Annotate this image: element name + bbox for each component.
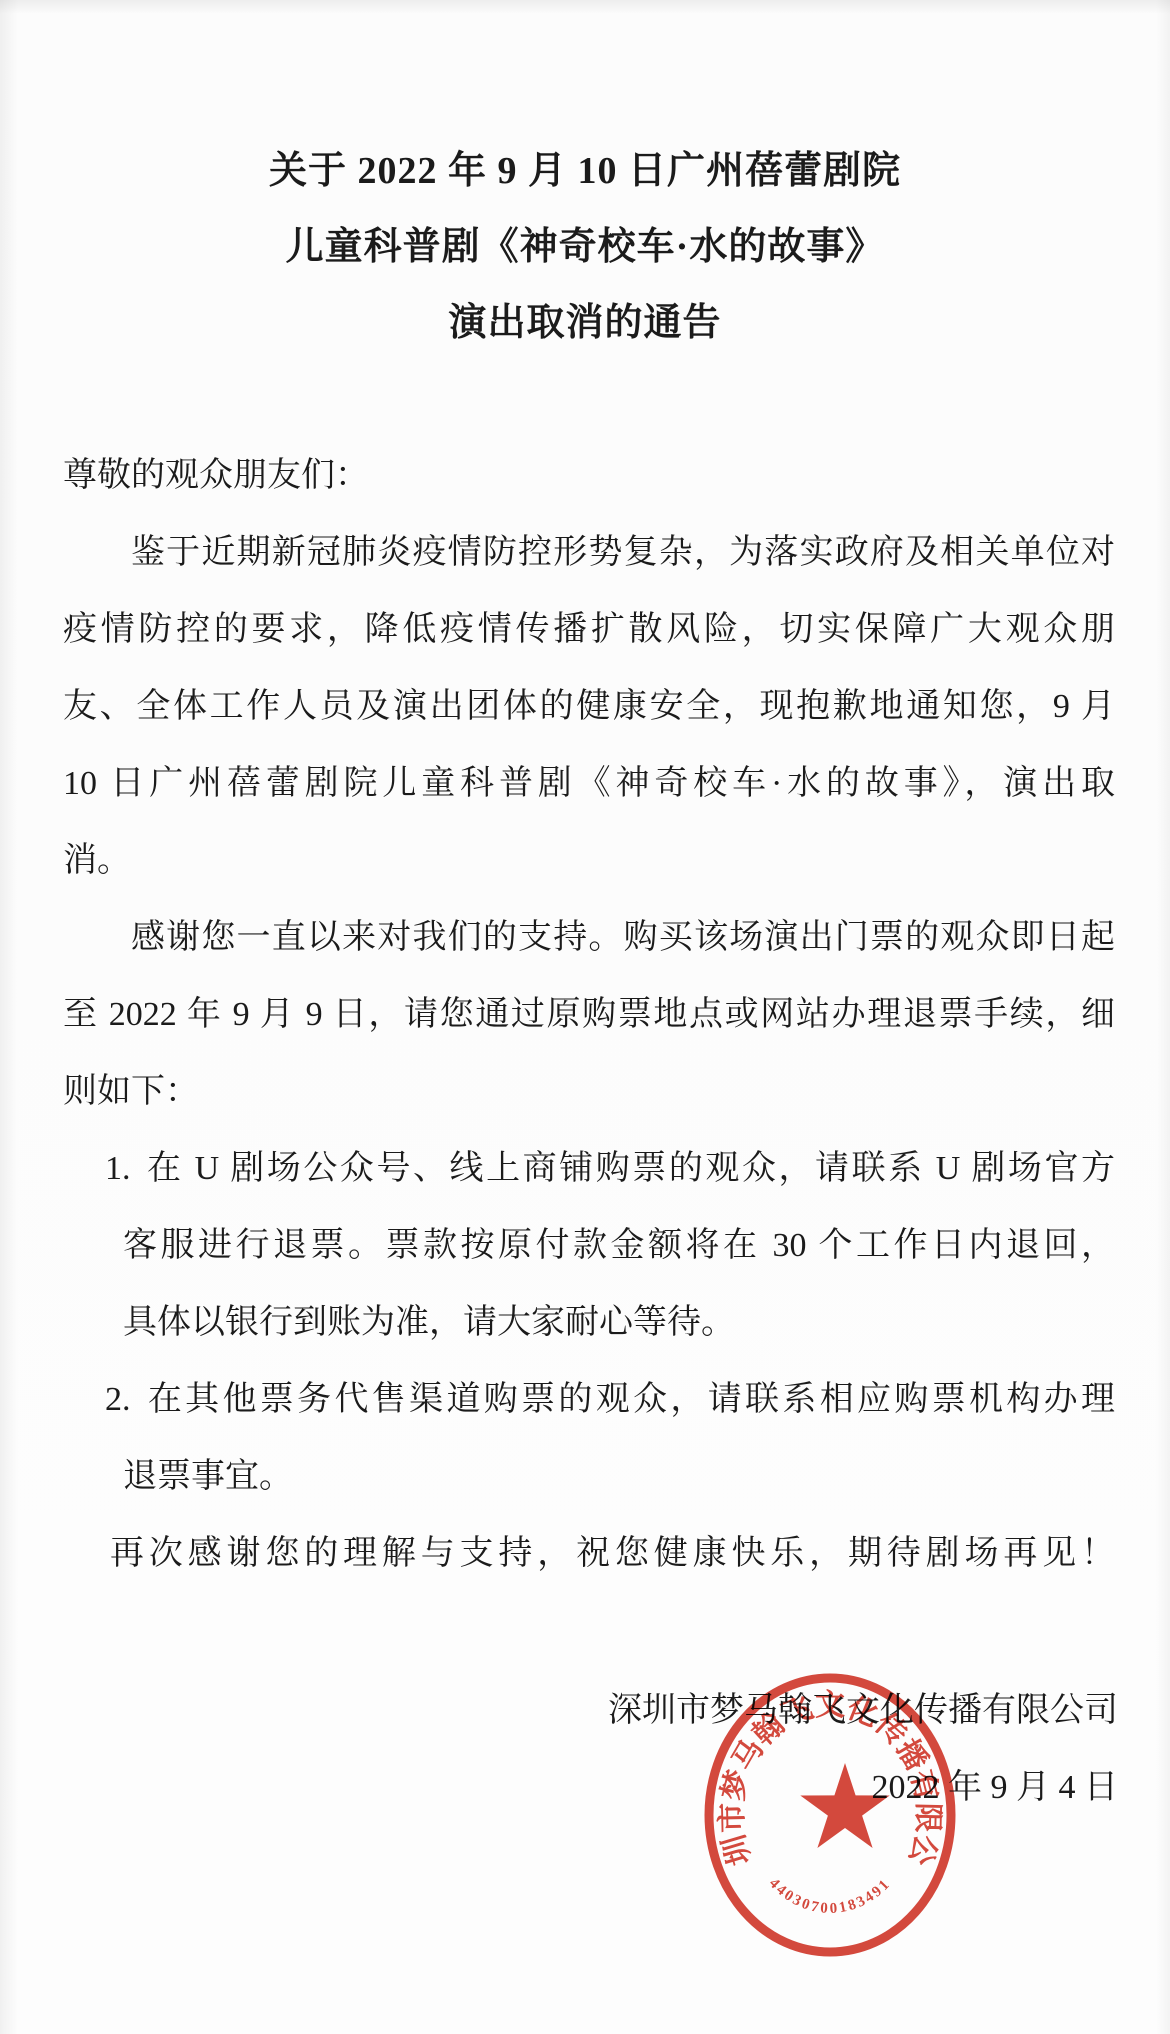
list-item-1-number: 1. (105, 1150, 145, 1187)
list-item-1-line: 1.在 U 剧场公众号、线上商铺购票的观众，请联系 U 剧场官方 (63, 1130, 1115, 1207)
list-item-1-line: 具体以银行到账为准，请大家耐心等待。 (63, 1284, 1115, 1361)
salutation: 尊敬的观众朋友们： (63, 437, 1115, 514)
signature-company: 深圳市梦马翰飞文化传播有限公司 (0, 1672, 1118, 1749)
signature-date: 2022 年 9 月 4 日 (0, 1749, 1118, 1826)
seal-number-arc-text: 44030700183491 (766, 1875, 895, 1917)
paragraph1-line: 疫情防控的要求，降低疫情传播扩散风险，切实保障广大观众朋 (63, 591, 1115, 668)
list-item-1-line: 客服进行退票。票款按原付款金额将在 30 个工作日内退回， (63, 1207, 1115, 1284)
paragraph2-line: 至 2022 年 9 月 9 日，请您通过原购票地点或网站办理退票手续，细 (63, 976, 1115, 1053)
list-item-2-number: 2. (105, 1381, 145, 1418)
title-line-1: 关于 2022 年 9 月 10 日广州蓓蕾剧院 (0, 133, 1170, 209)
list-item-2-line: 2.在其他票务代售渠道购票的观众，请联系相应购票机构办理 (63, 1361, 1115, 1438)
paragraph1-line: 鉴于近期新冠肺炎疫情防控形势复杂，为落实政府及相关单位对 (63, 514, 1115, 591)
list-item-1-text: 在 U 剧场公众号、线上商铺购票的观众，请联系 U 剧场官方 (145, 1150, 1116, 1187)
title-line-3: 演出取消的通告 (0, 285, 1170, 361)
notice-document-page: 关于 2022 年 9 月 10 日广州蓓蕾剧院 儿童科普剧《神奇校车·水的故事… (0, 0, 1170, 2034)
list-item-2-text: 在其他票务代售渠道购票的观众，请联系相应购票机构办理 (145, 1381, 1116, 1418)
paragraph1-line: 消。 (63, 822, 1115, 899)
paragraph1-line: 10 日广州蓓蕾剧院儿童科普剧《神奇校车·水的故事》，演出取 (63, 745, 1115, 822)
paragraph2-line: 则如下： (63, 1053, 1115, 1130)
notice-title: 关于 2022 年 9 月 10 日广州蓓蕾剧院 儿童科普剧《神奇校车·水的故事… (0, 0, 1170, 361)
paragraph2-line: 感谢您一直以来对我们的支持。购买该场演出门票的观众即日起 (63, 899, 1115, 976)
list-item-2-line: 退票事宜。 (63, 1438, 1115, 1515)
signature-block: 深圳市梦马翰飞文化传播有限公司 2022 年 9 月 4 日 (0, 1672, 1170, 1826)
paragraph1-line: 友、全体工作人员及演出团体的健康安全，现抱歉地通知您，9 月 (63, 668, 1115, 745)
title-line-2: 儿童科普剧《神奇校车·水的故事》 (0, 209, 1170, 285)
closing-line: 再次感谢您的理解与支持，祝您健康快乐，期待剧场再见！ (63, 1515, 1115, 1592)
notice-body: 尊敬的观众朋友们： 鉴于近期新冠肺炎疫情防控形势复杂，为落实政府及相关单位对 疫… (0, 437, 1170, 1592)
